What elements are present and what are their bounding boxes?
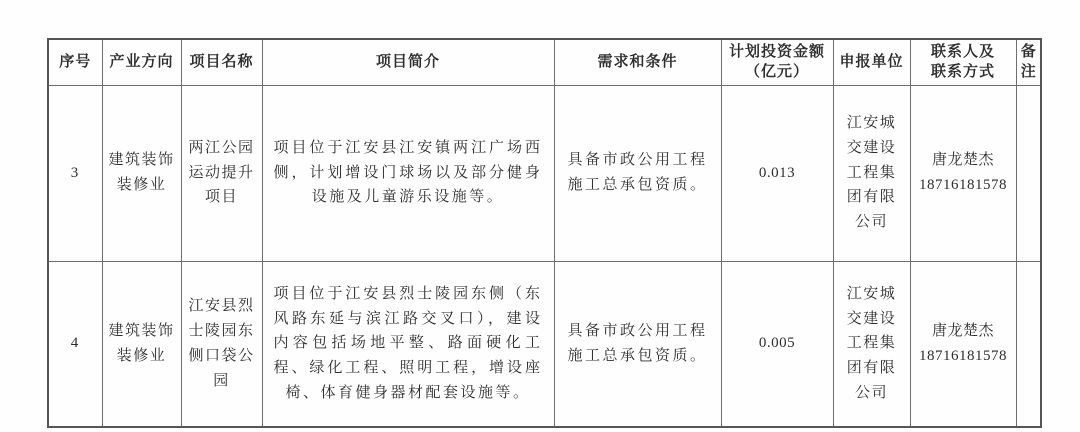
col-header-contact-line2: 联系方式 — [931, 64, 995, 80]
col-header-seq: 序号 — [48, 39, 102, 85]
cell-industry: 建筑装饰装修业 — [102, 261, 181, 427]
cell-seq: 3 — [48, 85, 102, 261]
cell-applicant: 江安城交建设工程集团有限公司 — [833, 85, 910, 261]
col-header-investment-line1: 计划投资金额 — [729, 44, 825, 60]
col-header-remark-line1: 备 — [1021, 44, 1036, 60]
table-row: 4 建筑装饰装修业 江安县烈士陵园东侧口袋公园 项目位于江安县烈士陵园东侧（东风… — [48, 261, 1041, 427]
contact-phone: 18716181578 — [919, 177, 1007, 193]
cell-industry: 建筑装饰装修业 — [102, 85, 181, 261]
project-table: 序号 产业方向 项目名称 项目简介 需求和条件 计划投资金额 （亿元） — [47, 38, 1042, 428]
cell-project-name: 两江公园运动提升项目 — [181, 85, 262, 261]
cell-investment: 0.013 — [721, 85, 833, 261]
col-header-industry-label: 产业方向 — [109, 54, 173, 70]
cell-seq: 4 — [48, 261, 102, 427]
col-header-investment-line2: （亿元） — [745, 64, 809, 80]
cell-investment: 0.005 — [721, 261, 833, 427]
col-header-investment: 计划投资金额 （亿元） — [721, 39, 833, 85]
col-header-remark: 备 注 — [1016, 39, 1041, 85]
col-header-seq-label: 序号 — [59, 54, 91, 70]
cell-intro: 项目位于江安县烈士陵园东侧（东风路东延与滨江路交叉口），建设内容包括场地平整、路… — [262, 261, 554, 427]
contact-phone: 18716181578 — [919, 348, 1007, 364]
col-header-requirements: 需求和条件 — [554, 39, 721, 85]
col-header-applicant: 申报单位 — [833, 39, 910, 85]
cell-remark — [1016, 261, 1041, 427]
cell-project-name: 江安县烈士陵园东侧口袋公园 — [181, 261, 262, 427]
col-header-project-name: 项目名称 — [181, 39, 262, 85]
cell-applicant: 江安城交建设工程集团有限公司 — [833, 261, 910, 427]
col-header-intro: 项目简介 — [262, 39, 554, 85]
cell-requirements: 具备市政公用工程施工总承包资质。 — [554, 261, 721, 427]
col-header-remark-line2: 注 — [1021, 64, 1036, 80]
col-header-industry: 产业方向 — [102, 39, 181, 85]
cell-remark — [1016, 85, 1041, 261]
col-header-intro-label: 项目简介 — [376, 54, 440, 70]
cell-contact: 唐龙楚杰 18716181578 — [910, 261, 1016, 427]
col-header-contact: 联系人及 联系方式 — [910, 39, 1016, 85]
cell-intro: 项目位于江安县江安镇两江广场西侧，计划增设门球场以及部分健身设施及儿童游乐设施等… — [262, 85, 554, 261]
table-row: 3 建筑装饰装修业 两江公园运动提升项目 项目位于江安县江安镇两江广场西侧，计划… — [48, 85, 1041, 261]
col-header-applicant-label: 申报单位 — [839, 54, 903, 70]
contact-name: 唐龙楚杰 — [932, 323, 994, 339]
table-header-row: 序号 产业方向 项目名称 项目简介 需求和条件 计划投资金额 （亿元） — [48, 39, 1041, 85]
cell-contact: 唐龙楚杰 18716181578 — [910, 85, 1016, 261]
document-page: 序号 产业方向 项目名称 项目简介 需求和条件 计划投资金额 （亿元） — [0, 0, 1080, 432]
contact-name: 唐龙楚杰 — [932, 152, 994, 168]
col-header-project-name-label: 项目名称 — [189, 54, 253, 70]
cell-requirements: 具备市政公用工程施工总承包资质。 — [554, 85, 721, 261]
col-header-requirements-label: 需求和条件 — [597, 54, 677, 70]
col-header-contact-line1: 联系人及 — [931, 44, 995, 60]
